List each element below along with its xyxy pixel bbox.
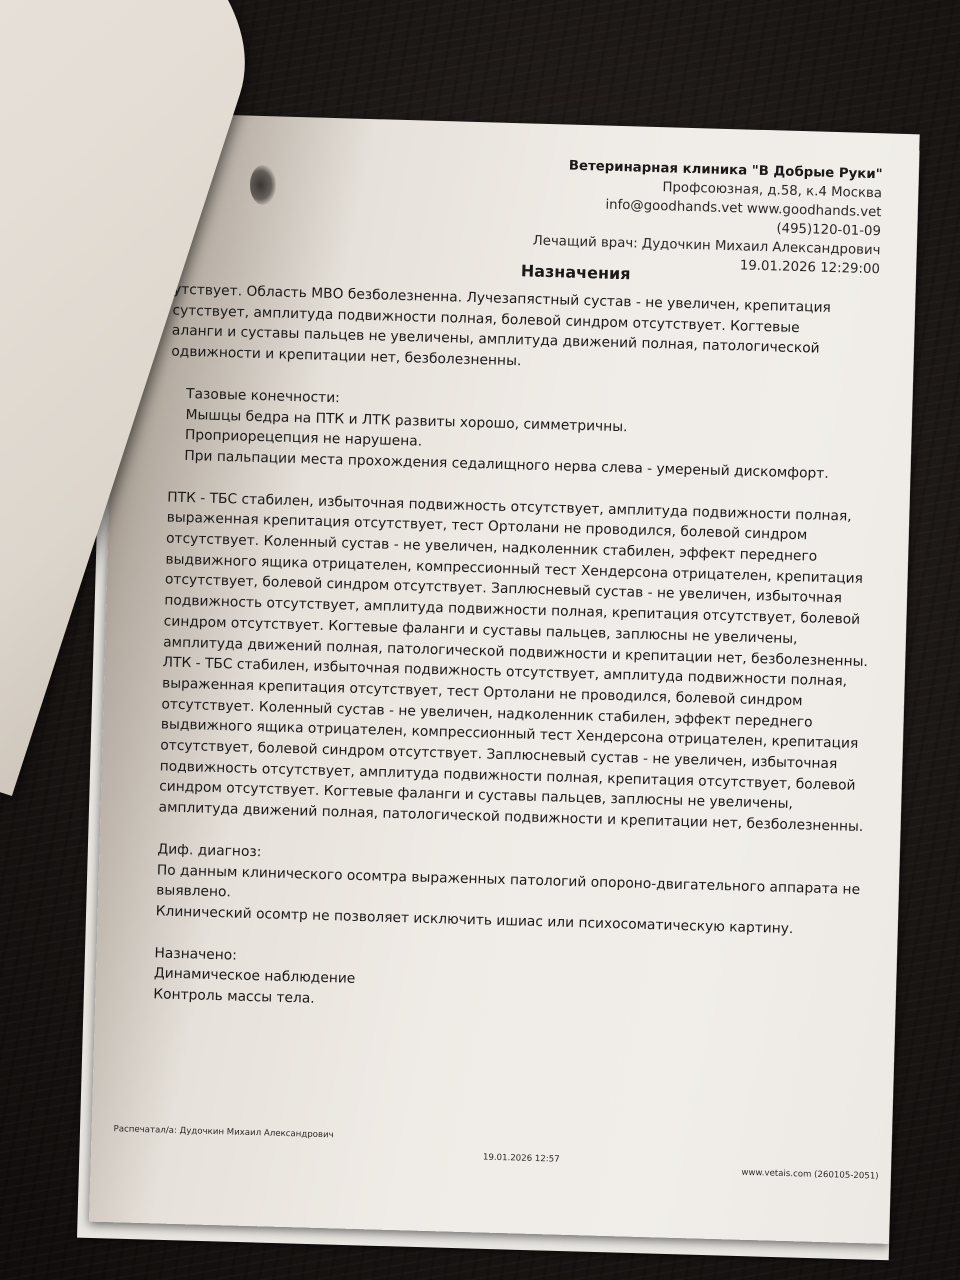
ptk-paragraph: ПТК - ТБС стабилен, избыточная подвижнос… (163, 487, 875, 672)
ltk-paragraph: ЛТК - ТБС стабилен, избыточная подвижнос… (158, 653, 870, 838)
document-body: утствует. Область МВО безболезненна. Луч… (153, 280, 881, 1025)
print-datetime: 19.01.2026 12:57 (483, 1153, 560, 1165)
site-reference: www.vetais.com (260105-2051) (741, 1168, 878, 1182)
printed-by: Распечатал/а: Дудочкин Михаил Александро… (113, 1124, 333, 1140)
prescription-document: Ветеринарная клиника "В Добрые Руки" Про… (89, 112, 920, 1244)
curl-shadow (250, 165, 276, 205)
clinic-header: Ветеринарная клиника "В Добрые Руки" Про… (532, 156, 883, 280)
